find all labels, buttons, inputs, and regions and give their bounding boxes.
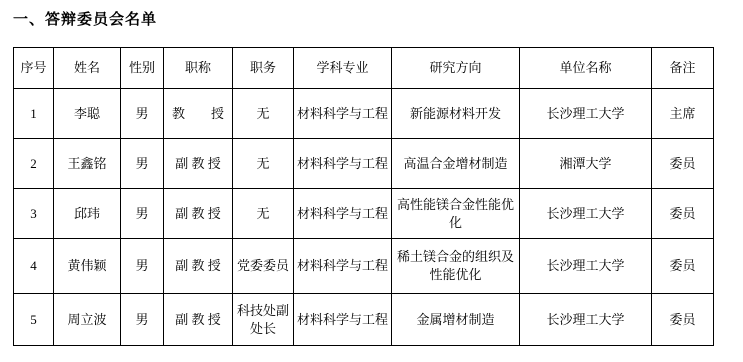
column-header-index: 序号 xyxy=(14,48,54,89)
cell-title: 副 教 授 xyxy=(164,189,233,239)
cell-gender: 男 xyxy=(121,89,164,139)
cell-research: 高温合金增材制造 xyxy=(392,139,520,189)
column-header-research: 研究方向 xyxy=(392,48,520,89)
cell-title: 副 教 授 xyxy=(164,239,233,294)
cell-post: 科技处副处长 xyxy=(233,294,294,346)
cell-unit: 长沙理工大学 xyxy=(520,294,652,346)
table-row: 2 王鑫铭 男 副 教 授 无 材料科学与工程 高温合金增材制造 湘潭大学 委员 xyxy=(14,139,714,189)
cell-unit: 长沙理工大学 xyxy=(520,89,652,139)
cell-post: 无 xyxy=(233,189,294,239)
cell-index: 1 xyxy=(14,89,54,139)
table-row: 5 周立波 男 副 教 授 科技处副处长 材料科学与工程 金属增材制造 长沙理工… xyxy=(14,294,714,346)
cell-gender: 男 xyxy=(121,294,164,346)
cell-research: 新能源材料开发 xyxy=(392,89,520,139)
cell-name: 王鑫铭 xyxy=(54,139,121,189)
cell-remark: 委员 xyxy=(652,239,714,294)
cell-gender: 男 xyxy=(121,139,164,189)
table-row: 3 邱玮 男 副 教 授 无 材料科学与工程 高性能镁合金性能优化 长沙理工大学… xyxy=(14,189,714,239)
cell-discipline: 材料科学与工程 xyxy=(294,89,392,139)
column-header-unit: 单位名称 xyxy=(520,48,652,89)
cell-research: 金属增材制造 xyxy=(392,294,520,346)
column-header-discipline: 学科专业 xyxy=(294,48,392,89)
cell-research: 稀土镁合金的组织及性能优化 xyxy=(392,239,520,294)
cell-discipline: 材料科学与工程 xyxy=(294,189,392,239)
cell-post: 党委委员 xyxy=(233,239,294,294)
cell-unit: 湘潭大学 xyxy=(520,139,652,189)
cell-gender: 男 xyxy=(121,239,164,294)
cell-title: 副 教 授 xyxy=(164,139,233,189)
cell-remark: 委员 xyxy=(652,189,714,239)
table-row: 1 李聪 男 教 授 无 材料科学与工程 新能源材料开发 长沙理工大学 主席 xyxy=(14,89,714,139)
cell-discipline: 材料科学与工程 xyxy=(294,139,392,189)
column-header-title: 职称 xyxy=(164,48,233,89)
page-title: 一、答辩委员会名单 xyxy=(13,8,157,29)
cell-post: 无 xyxy=(233,89,294,139)
committee-table: 序号 姓名 性别 职称 职务 学科专业 研究方向 单位名称 备注 1 李聪 男 … xyxy=(13,47,714,346)
cell-name: 周立波 xyxy=(54,294,121,346)
cell-discipline: 材料科学与工程 xyxy=(294,239,392,294)
cell-research: 高性能镁合金性能优化 xyxy=(392,189,520,239)
cell-remark: 委员 xyxy=(652,139,714,189)
column-header-gender: 性别 xyxy=(121,48,164,89)
cell-remark: 委员 xyxy=(652,294,714,346)
column-header-remark: 备注 xyxy=(652,48,714,89)
cell-discipline: 材料科学与工程 xyxy=(294,294,392,346)
cell-index: 4 xyxy=(14,239,54,294)
cell-index: 3 xyxy=(14,189,54,239)
column-header-post: 职务 xyxy=(233,48,294,89)
cell-title: 教 授 xyxy=(164,89,233,139)
cell-name: 李聪 xyxy=(54,89,121,139)
cell-index: 5 xyxy=(14,294,54,346)
column-header-name: 姓名 xyxy=(54,48,121,89)
cell-remark: 主席 xyxy=(652,89,714,139)
cell-name: 黄伟颖 xyxy=(54,239,121,294)
cell-unit: 长沙理工大学 xyxy=(520,239,652,294)
cell-name: 邱玮 xyxy=(54,189,121,239)
cell-unit: 长沙理工大学 xyxy=(520,189,652,239)
cell-title: 副 教 授 xyxy=(164,294,233,346)
cell-index: 2 xyxy=(14,139,54,189)
cell-gender: 男 xyxy=(121,189,164,239)
table-row: 4 黄伟颖 男 副 教 授 党委委员 材料科学与工程 稀土镁合金的组织及性能优化… xyxy=(14,239,714,294)
cell-post: 无 xyxy=(233,139,294,189)
table-header-row: 序号 姓名 性别 职称 职务 学科专业 研究方向 单位名称 备注 xyxy=(14,48,714,89)
